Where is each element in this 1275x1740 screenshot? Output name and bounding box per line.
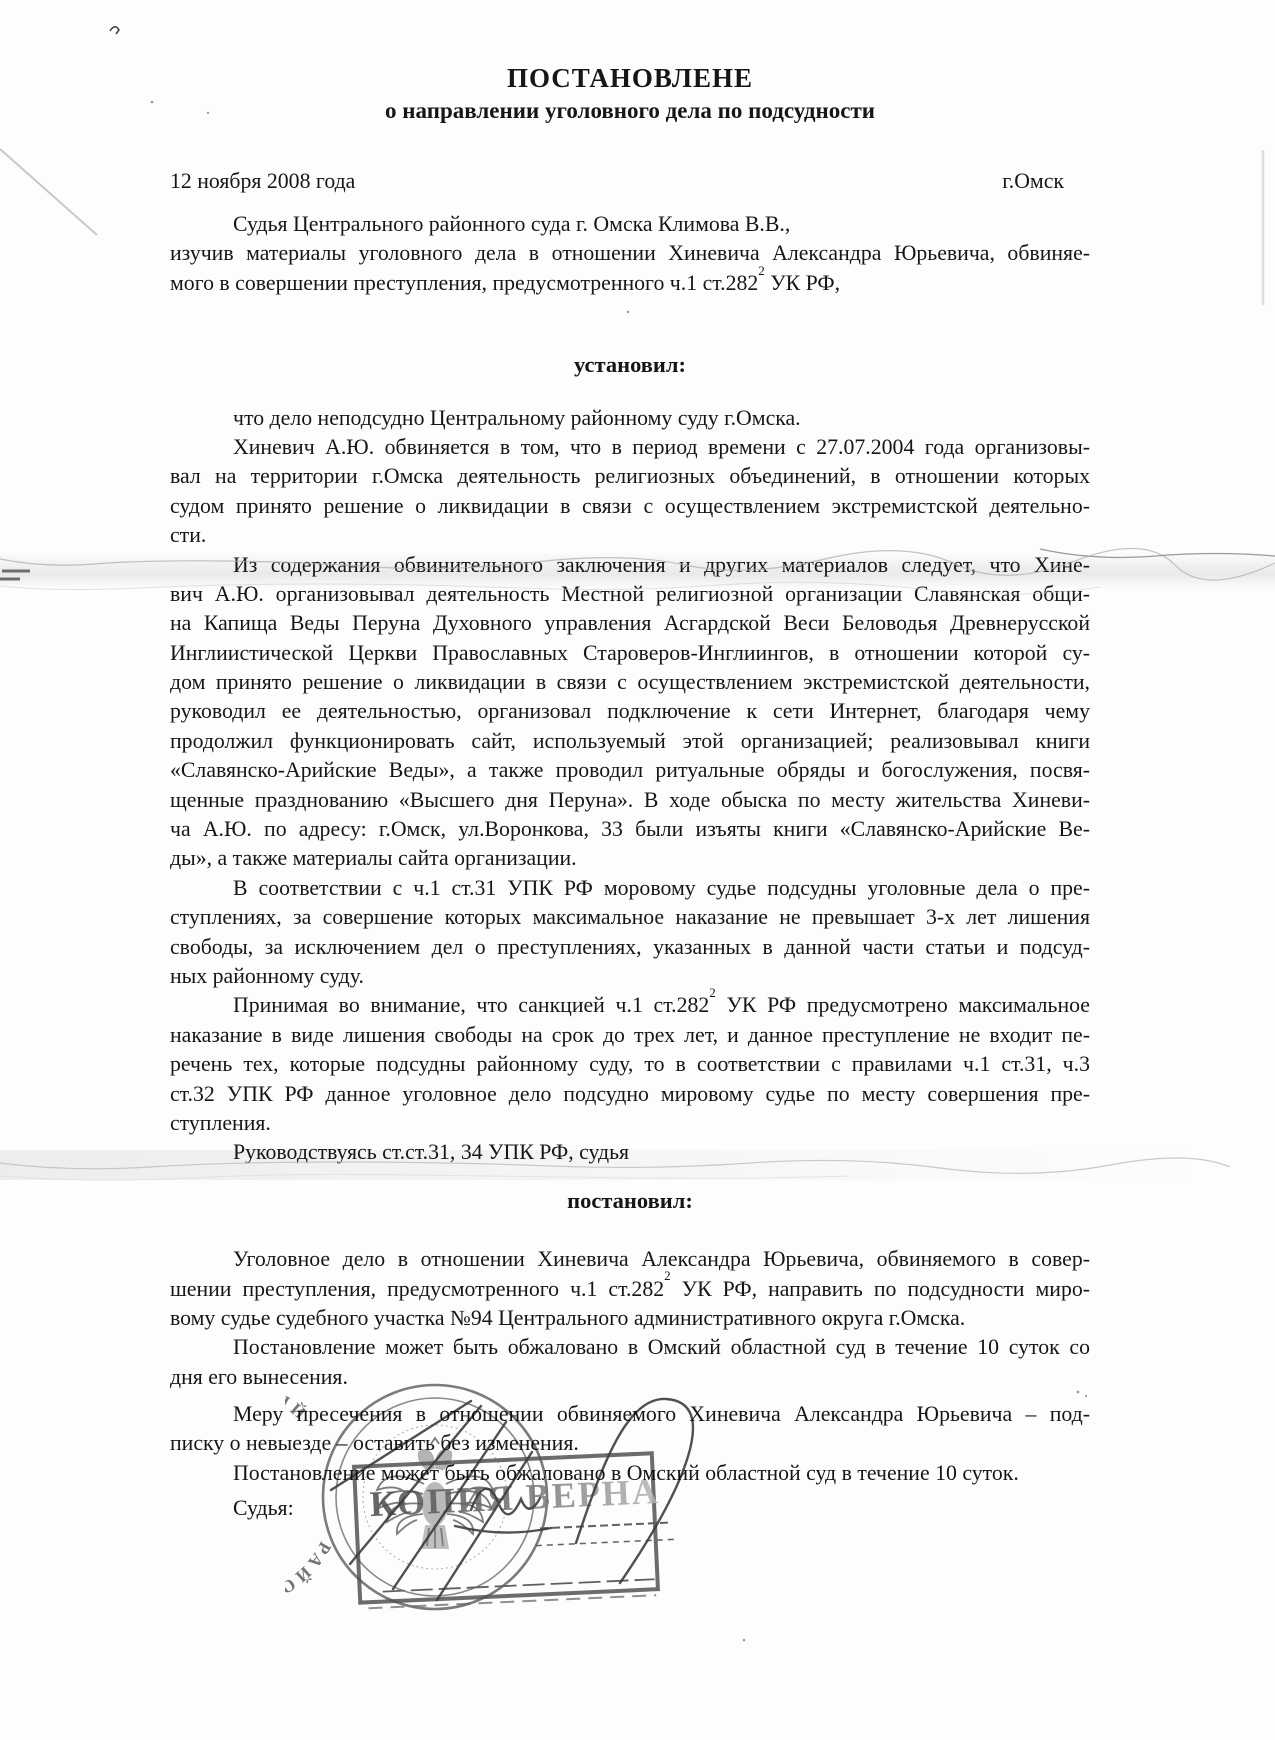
text-line: мого в совершении преступления, предусмо… <box>170 269 1090 298</box>
text-line: ступления. <box>170 1109 1090 1138</box>
text-line: Судья Центрального районного суда г. Омс… <box>170 210 1090 239</box>
text-line: изучив материалы уголовного дела в отнош… <box>170 239 1090 268</box>
scan-diagonal-crease <box>0 149 97 235</box>
text-line: вич А.Ю. организовывал деятельность Мест… <box>170 580 1090 609</box>
seal-ring-text-top: РАЙОННЫЙ СУД <box>285 1539 335 1614</box>
text-line: Хиневич А.Ю. обвиняется в том, что в пер… <box>170 433 1090 462</box>
seal-ring-text-bottom: ЦЕНТРАЛЬНЫЙ <box>285 1376 313 1446</box>
text-line: Принимая во внимание, что санкцией ч.1 с… <box>170 991 1090 1020</box>
text-line: Из содержания обвинительного заключения … <box>170 551 1090 580</box>
document-city: г.Омск <box>1002 167 1090 196</box>
scanned-court-ruling-page: ПОСТАНОВЛЕНЕ о направлении уголовного де… <box>0 0 1275 1740</box>
scan-edge-marks <box>0 571 30 579</box>
text-line: вал на территории г.Омска деятельность р… <box>170 462 1090 491</box>
text-line: дом принято решение о ликвидации в связи… <box>170 668 1090 697</box>
text-line: В соответствии с ч.1 ст.31 УПК РФ морово… <box>170 874 1090 903</box>
text-line: Постановление может быть обжаловано в Ом… <box>170 1333 1090 1362</box>
svg-text:РАЙОННЫЙ СУД: РАЙОННЫЙ СУД <box>285 1539 335 1614</box>
text-line: судом принято решение о ликвидации в свя… <box>170 492 1090 521</box>
text-line: руководил ее деятельностью, организовал … <box>170 697 1090 726</box>
court-stamp-group: РАЙОННЫЙ СУД ЦЕНТРАЛЬНЫЙ <box>285 1368 715 1638</box>
text-line: щенные празднованию «Высшего дня Перуна»… <box>170 786 1090 815</box>
text-line: «Славянско-Арийские Веды», а также прово… <box>170 756 1090 785</box>
svg-text:ЦЕНТРАЛЬНЫЙ: ЦЕНТРАЛЬНЫЙ <box>285 1376 313 1446</box>
text-line: ст.32 УПК РФ данное уголовное дело подсу… <box>170 1080 1090 1109</box>
document-body: Судья Центрального районного суда г. Омс… <box>170 210 1090 1524</box>
document-title: ПОСТАНОВЛЕНЕ <box>170 62 1090 94</box>
text-line: что дело неподсудно Центральному районно… <box>170 404 1090 433</box>
section-heading-ustanovil: установил: <box>170 350 1090 379</box>
text-line: Инглиистической Церкви Православных Стар… <box>170 639 1090 668</box>
text-line: сти. <box>170 521 1090 550</box>
text-line: ступлениях, за совершение которых максим… <box>170 903 1090 932</box>
text-line: вому судье судебного участка №94 Централ… <box>170 1304 1090 1333</box>
document-content: ПОСТАНОВЛЕНЕ о направлении уголовного де… <box>170 0 1090 1524</box>
scan-speck <box>110 27 119 34</box>
document-subtitle: о направлении уголовного дела по подсудн… <box>170 97 1090 124</box>
text-line: речень тех, которые подсудны районному с… <box>170 1050 1090 1079</box>
document-date: 12 ноября 2008 года <box>170 167 355 196</box>
text-line: шении преступления, предусмотренного ч.1… <box>170 1275 1090 1304</box>
text-line: продолжил функционировать сайт, использу… <box>170 727 1090 756</box>
section-heading-postanovil: постановил: <box>170 1186 1090 1215</box>
text-line: ных районному суду. <box>170 962 1090 991</box>
text-line: Уголовное дело в отношении Хиневича Алек… <box>170 1245 1090 1274</box>
text-line: Руководствуясь ст.ст.31, 34 УПК РФ, судь… <box>170 1138 1090 1167</box>
text-line: ча А.Ю. по адресу: г.Омск, ул.Воронкова,… <box>170 815 1090 844</box>
text-line: на Капища Веды Перуна Духовного управлен… <box>170 609 1090 638</box>
text-line: наказание в виде лишения свободы на срок… <box>170 1021 1090 1050</box>
text-line: ды», а также материалы сайта организации… <box>170 844 1090 873</box>
date-row: 12 ноября 2008 года г.Омск <box>170 167 1090 196</box>
text-line: свободы, за исключением дел о преступлен… <box>170 933 1090 962</box>
